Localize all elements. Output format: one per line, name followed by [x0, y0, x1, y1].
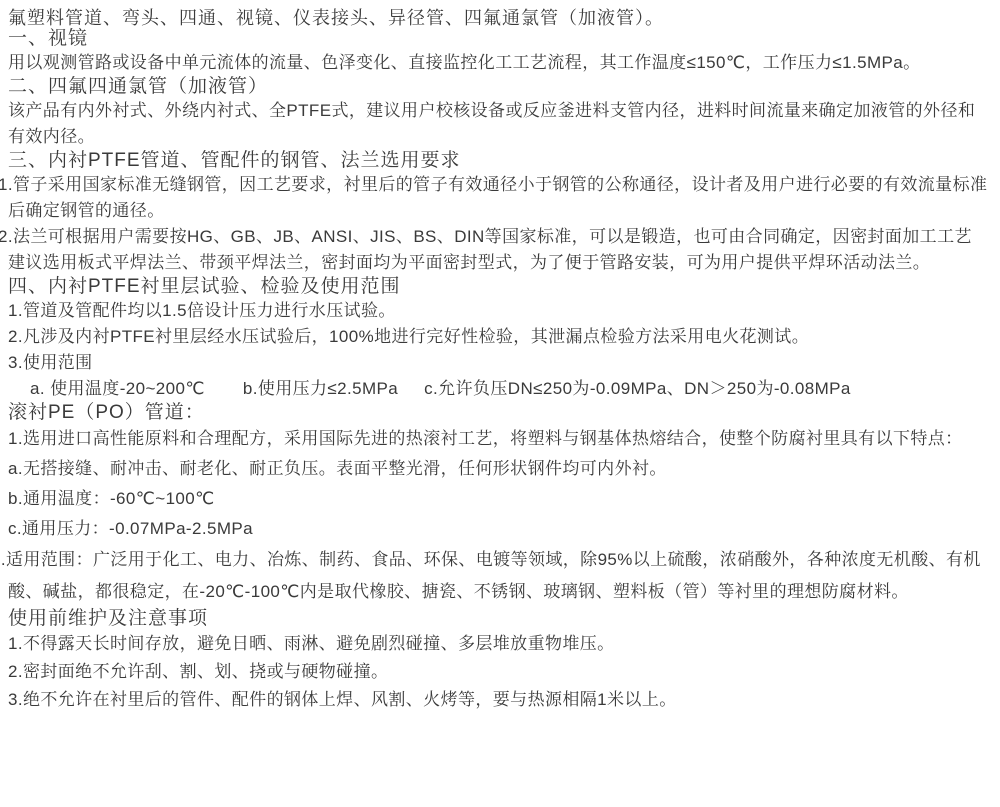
section4-heading: 四、内衬PTFE衬里层试验、检验及使用范围 — [8, 276, 988, 298]
section3-item-1: 1.管子采用国家标准无缝钢管，因工艺要求，衬里后的管子有效通径小于钢管的公称通径… — [8, 172, 988, 224]
section5-item-1: 1.选用进口高性能原料和合理配方，采用国际先进的热滚衬工艺，将塑料与钢基体热熔结… — [8, 424, 988, 454]
section5-feature-b: b.通用温度：-60℃~100℃ — [8, 484, 988, 514]
intro-line: 氟塑料管道、弯头、四通、视镜、仪表接头、异径管、四氟通氯管（加液管）。 — [8, 8, 988, 28]
section3-item-2: 2.法兰可根据用户需要按HG、GB、JB、ANSI、JIS、BS、DIN等国家标… — [8, 224, 988, 276]
section3-heading: 三、内衬PTFE管道、管配件的钢管、法兰选用要求 — [8, 150, 988, 172]
section4-item-1: 1.管道及管配件均以1.5倍设计压力进行水压试验。 — [8, 298, 988, 324]
section2-heading: 二、四氟四通氯管（加液管） — [8, 76, 988, 98]
section5-feature-c: c.通用压力：-0.07MPa-2.5MPa — [8, 514, 988, 544]
document-page: 氟塑料管道、弯头、四通、视镜、仪表接头、异径管、四氟通氯管（加液管）。 一、视镜… — [0, 0, 1000, 714]
section4-item-3: 3.使用范围 — [8, 350, 988, 376]
section6-item-3: 3.绝不允许在衬里后的管件、配件的钢体上焊、风割、火烤等，要与热源相隔1米以上。 — [8, 686, 988, 714]
section1-body: 用以观测管路或设备中单元流体的流量、色泽变化、直接监控化工工艺流程，其工作温度≤… — [8, 50, 988, 76]
section5-feature-a: a.无搭接缝、耐冲击、耐老化、耐正负压。表面平整光滑，任何形状钢件均可内外衬。 — [8, 454, 988, 484]
section5-item-2: 2.适用范围：广泛用于化工、电力、冶炼、制药、食品、环保、电镀等领域，除95%以… — [8, 544, 988, 608]
section5-heading: 滚衬PE（PO）管道： — [8, 402, 988, 424]
section4-usage-range-row: a. 使用温度-20~200℃ b.使用压力≤2.5MPa c.允许负压DN≤2… — [8, 376, 988, 402]
section2-body: 该产品有内外衬式、外绕内衬式、全PTFE式，建议用户校核设备或反应釜进料支管内径… — [8, 98, 988, 150]
usage-negative-pressure: c.允许负压DN≤250为-0.09MPa、DN＞250为-0.08MPa — [424, 376, 851, 402]
section1-heading: 一、视镜 — [8, 28, 988, 50]
section4-item-2: 2.凡涉及内衬PTFE衬里层经水压试验后，100%地进行完好性检验，其泄漏点检验… — [8, 324, 988, 350]
section6-heading: 使用前维护及注意事项 — [8, 608, 988, 630]
usage-pressure: b.使用压力≤2.5MPa — [243, 376, 398, 402]
section6-item-1: 1.不得露天长时间存放，避免日晒、雨淋、避免剧烈碰撞、多层堆放重物堆压。 — [8, 630, 988, 658]
section6-item-2: 2.密封面绝不允许刮、割、划、挠或与硬物碰撞。 — [8, 658, 988, 686]
usage-temperature: a. 使用温度-20~200℃ — [30, 376, 205, 402]
